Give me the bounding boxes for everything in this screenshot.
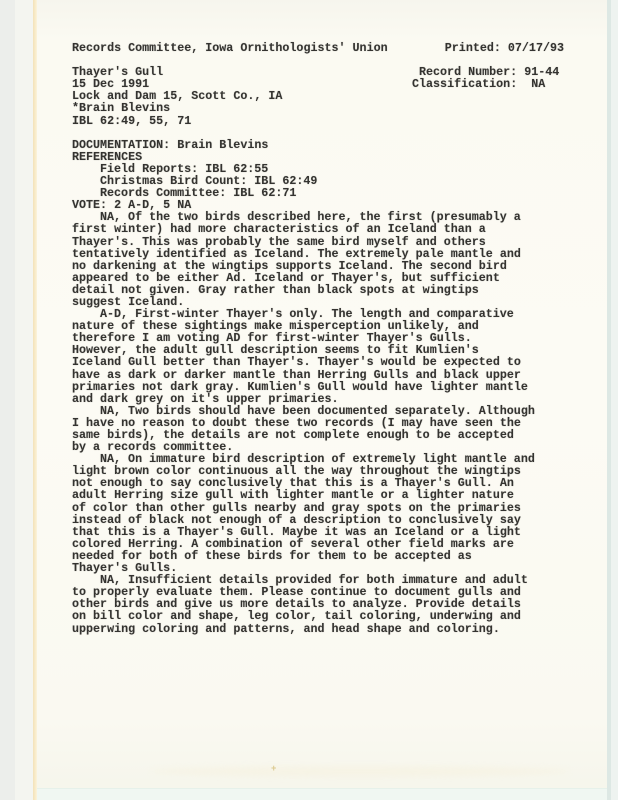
record-meta-column: Record Number: 91-44 Classification: NA <box>419 66 559 90</box>
printed-label: Printed: <box>445 42 501 54</box>
reference-value: IBL 62:71 <box>233 187 296 199</box>
scan-left-edge <box>0 0 15 800</box>
vote-comment-paragraph: NA, On immature bird description of extr… <box>72 453 564 574</box>
vote-comment-paragraph: NA, Two birds should have been documente… <box>72 405 564 453</box>
record-block: Thayer's Gull 15 Dec 1991 Lock and Dam 1… <box>72 66 564 126</box>
document-text: Records Committee, Iowa Ornithologists' … <box>72 42 564 635</box>
scan-left-inner-edge <box>15 0 33 800</box>
printed-date: 07/17/93 <box>508 42 564 54</box>
observer-name: *Brain Blevins <box>72 102 564 114</box>
paper-crease-line <box>33 0 37 800</box>
scan-right-edge <box>611 0 618 800</box>
documentation-value: Brain Blevins <box>177 139 268 151</box>
scan-artifact-plus: + <box>271 765 276 774</box>
vote-comment-paragraph: NA, Insufficient details provided for bo… <box>72 574 564 634</box>
documentation-block: DOCUMENTATION: Brain Blevins REFERENCES … <box>72 139 564 212</box>
vote-comment-paragraph: NA, Of the two birds described here, the… <box>72 211 564 308</box>
classification-line: Classification: NA <box>412 78 559 90</box>
scanned-document-page: + Records Committee, Iowa Ornithologists… <box>0 0 618 800</box>
vote-comments: NA, Of the two birds described here, the… <box>72 211 564 634</box>
vote-comment-paragraph: A-D, First-winter Thayer's only. The len… <box>72 308 564 405</box>
references-list: Field Reports: IBL 62:55 Christmas Bird … <box>72 163 564 199</box>
classification-value: NA <box>531 78 545 90</box>
printed-line: Printed: 07/17/93 <box>445 42 564 54</box>
scan-bottom-edge <box>37 788 607 800</box>
ibl-citation: IBL 62:49, 55, 71 <box>72 115 564 127</box>
org-title: Records Committee, Iowa Ornithologists' … <box>72 42 388 54</box>
scan-smudge <box>150 766 570 777</box>
document-header-row: Records Committee, Iowa Ornithologists' … <box>72 42 564 54</box>
classification-label: Classification: <box>412 78 517 90</box>
documentation-line: DOCUMENTATION: Brain Blevins <box>72 139 564 151</box>
